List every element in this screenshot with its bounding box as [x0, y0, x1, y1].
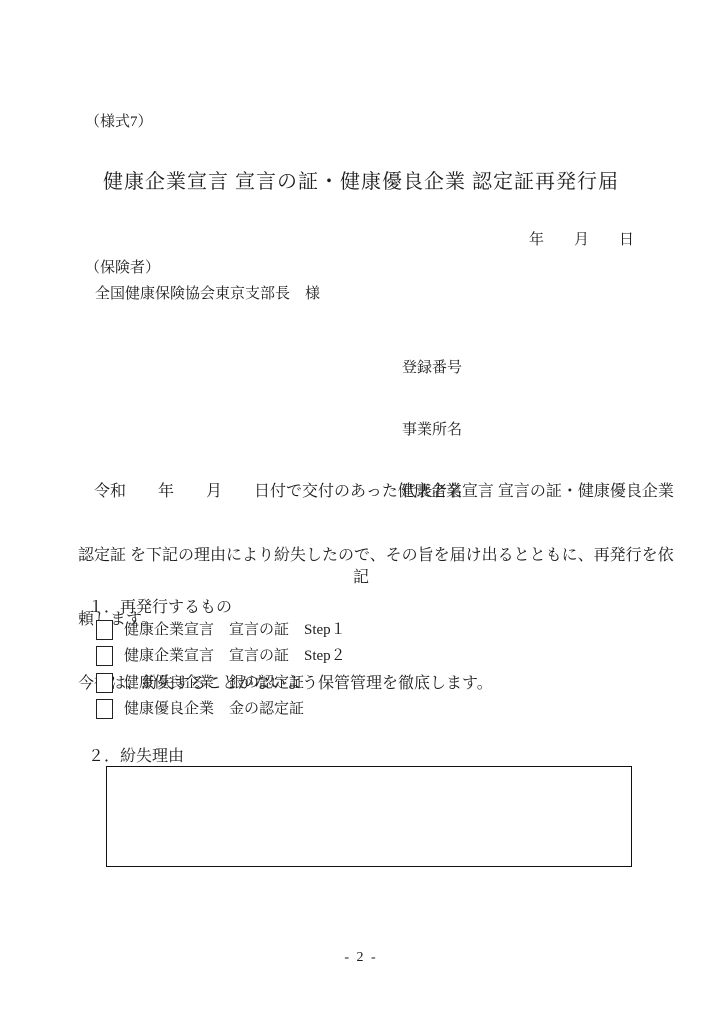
registration-number-label: 登録番号 — [402, 354, 462, 382]
document-title: 健康企業宣言 宣言の証・健康優良企業 認定証再発行届 — [0, 165, 722, 194]
recipient-label: （保険者） — [85, 256, 160, 277]
checkbox-step1[interactable] — [96, 620, 113, 640]
business-name-label: 事業所名 — [402, 416, 462, 444]
document-page: （様式7） 健康企業宣言 宣言の証・健康優良企業 認定証再発行届 年 月 日 （… — [0, 0, 722, 1023]
checkbox-step2[interactable] — [96, 646, 113, 666]
body-line: 令和 年 月 日付で交付のあった健康企業宣言 宣言の証・健康優良企業 — [78, 478, 653, 506]
loss-reason-box[interactable] — [106, 766, 632, 867]
section1-heading: １．再発行するもの — [88, 594, 232, 617]
checkbox-label: 健康企業宣言 宣言の証 Step２ — [124, 646, 346, 666]
checkbox-label: 健康企業宣言 宣言の証 Step１ — [124, 620, 346, 640]
checkbox-label: 健康優良企業 金の認定証 — [124, 699, 304, 719]
date-fill-in-line: 年 月 日 — [529, 228, 634, 249]
checkbox-silver-certificate[interactable] — [96, 673, 113, 693]
record-marker: 記 — [0, 564, 722, 587]
section2-heading: ２．紛失理由 — [88, 743, 184, 766]
recipient-name: 全国健康保険協会東京支部長 様 — [95, 282, 320, 303]
checkbox-gold-certificate[interactable] — [96, 699, 113, 719]
checkbox-label: 健康優良企業 銀の認定証 — [124, 673, 304, 693]
form-code-label: （様式7） — [85, 110, 153, 131]
page-number: - 2 - — [0, 950, 722, 966]
